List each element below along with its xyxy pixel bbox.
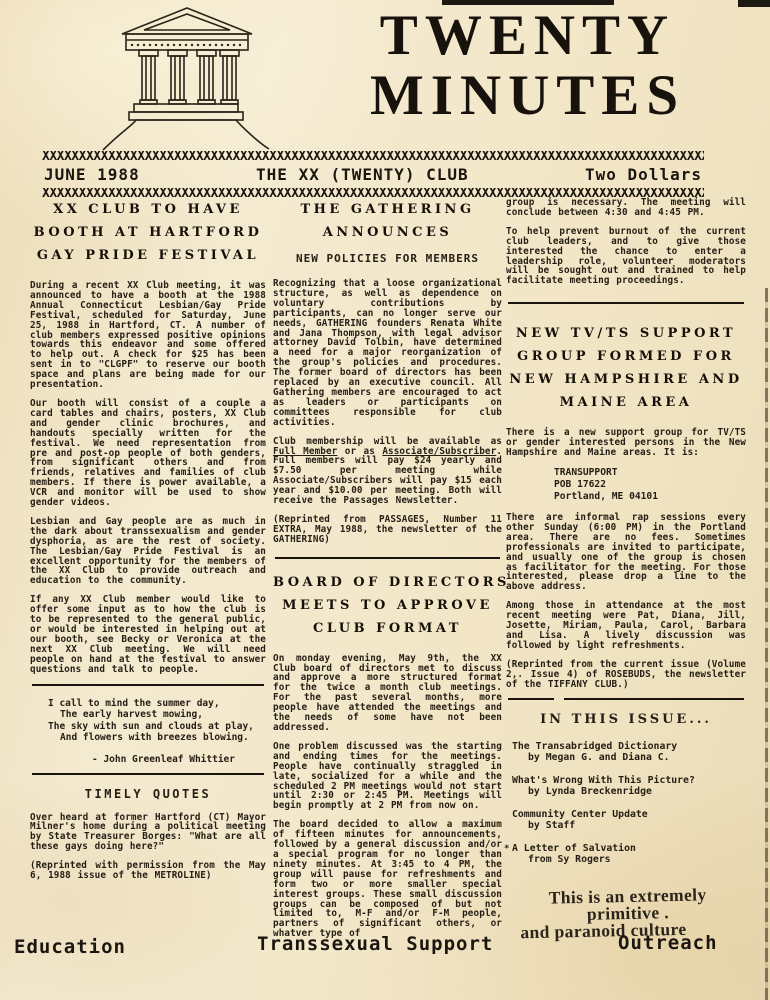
- section-divider: [275, 557, 500, 559]
- paragraph: During a recent XX Club meeting, it was …: [30, 281, 266, 390]
- paragraph: Our booth will consist of a couple a car…: [30, 399, 266, 508]
- poem-attribution: - John Greenleaf Whittier: [92, 754, 266, 765]
- title-line-2: MINUTES: [300, 66, 755, 126]
- toc-item: * A Letter of Salvation from Sy Rogers: [512, 843, 746, 865]
- issue-date: JUNE 1988: [44, 165, 140, 184]
- issue-price: Two Dollars: [585, 165, 702, 184]
- article-headline-tvts-group: NEW TV/TS SUPPORT GROUP FORMED FOR NEW H…: [506, 322, 746, 414]
- newsletter-page: TWENTY MINUTES XXXXXXXXXXXXXXXXXXXXXXXXX…: [0, 0, 770, 1000]
- footer-education: Education: [14, 936, 126, 958]
- column-center: THE GATHERING ANNOUNCES NEW POLICIES FOR…: [273, 198, 502, 948]
- paragraph: To help prevent burnout of the current c…: [506, 227, 746, 286]
- x-divider-top: XXXXXXXXXXXXXXXXXXXXXXXXXXXXXXXXXXXXXXXX…: [42, 151, 704, 162]
- article-subhead: NEW POLICIES FOR MEMBERS: [273, 252, 502, 265]
- in-this-issue-heading: IN THIS ISSUE...: [506, 712, 746, 727]
- footer-transsexual-support: Transsexual Support: [257, 933, 493, 955]
- paragraph: There are informal rap sessions every ot…: [506, 513, 746, 592]
- toc-item: What's Wrong With This Picture? by Lynda…: [512, 775, 746, 797]
- handwritten-mark: *: [504, 844, 509, 855]
- article-headline-gathering: THE GATHERING ANNOUNCES: [273, 198, 502, 244]
- paragraph: Among those in attendance at the most re…: [506, 601, 746, 651]
- paragraph: Club membership will be available as Ful…: [273, 437, 502, 506]
- reprint-credit: (Reprinted with permission from the May …: [30, 861, 266, 881]
- paragraph: Recognizing that a loose organizational …: [273, 279, 502, 428]
- section-divider: [32, 773, 264, 775]
- section-divider: [508, 698, 744, 700]
- column-right: group is necessary. The meeting will con…: [506, 198, 746, 877]
- poem: I call to mind the summer day, The early…: [48, 698, 266, 744]
- toc-item: The Transabridged Dictionary by Megan G.…: [512, 741, 746, 763]
- footer-outreach: Outreach: [618, 932, 718, 954]
- newsletter-title: TWENTY MINUTES: [300, 6, 755, 126]
- reprint-credit: (Reprinted from PASSAGES, Number 11 EXTR…: [273, 515, 502, 545]
- paragraph: Over heard at former Hartford (CT) Mayor…: [30, 813, 266, 853]
- article-headline-pride-booth: XX CLUB TO HAVE BOOTH AT HARTFORD GAY PR…: [30, 198, 266, 267]
- paragraph: One problem discussed was the starting a…: [273, 742, 502, 811]
- section-divider: [508, 302, 744, 304]
- paragraph: There is a new support group for TV/TS o…: [506, 428, 746, 458]
- toc-item: Community Center Update by Staff: [512, 809, 746, 831]
- temple-logo-icon: [96, 4, 276, 156]
- paragraph: Lesbian and Gay people are as much in th…: [30, 517, 266, 586]
- club-name: THE XX (TWENTY) CLUB: [256, 165, 469, 184]
- paragraph: On monday evening, May 9th, the XX Club …: [273, 654, 502, 733]
- timely-quotes-heading: TIMELY QUOTES: [30, 787, 266, 801]
- title-line-1: TWENTY: [300, 6, 755, 66]
- paragraph: If any XX Club member would like to offe…: [30, 595, 266, 674]
- column-left: XX CLUB TO HAVE BOOTH AT HARTFORD GAY PR…: [30, 198, 266, 890]
- contact-address: TRANSUPPORT POB 17622 Portland, ME 04101: [554, 467, 746, 503]
- issue-banner: XXXXXXXXXXXXXXXXXXXXXXXXXXXXXXXXXXXXXXXX…: [42, 151, 704, 199]
- article-headline-board: BOARD OF DIRECTORS MEETS TO APPROVE CLUB…: [273, 571, 502, 640]
- page-edge-shadow: [765, 288, 768, 1000]
- paragraph: The board decided to allow a maximum of …: [273, 820, 502, 939]
- section-divider: [32, 684, 264, 686]
- paragraph: group is necessary. The meeting will con…: [506, 198, 746, 218]
- reprint-credit: (Reprinted from the current issue (Volum…: [506, 660, 746, 690]
